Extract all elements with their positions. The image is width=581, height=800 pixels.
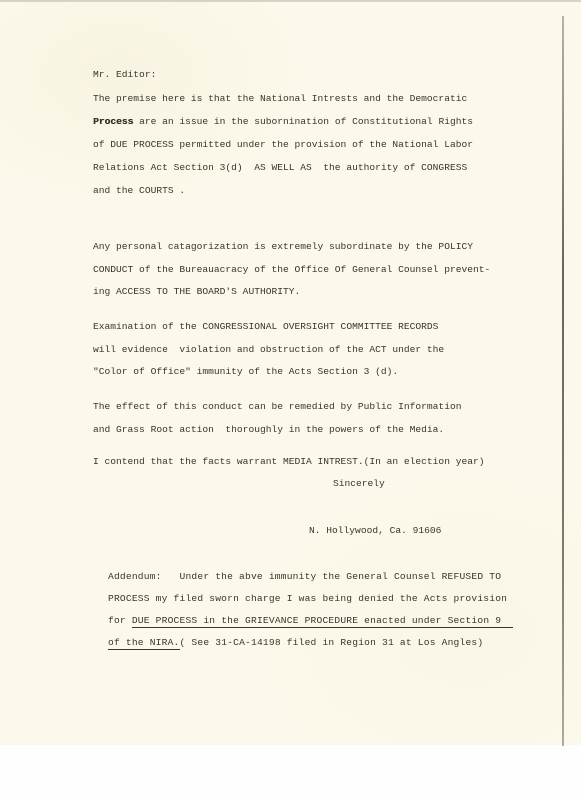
letter-line: The effect of this conduct can be remedi… [93, 396, 461, 419]
letter-line: Process are an issue in the suborninatio… [93, 110, 473, 133]
salutation: Mr. Editor: [93, 64, 156, 87]
underlined-text: DUE PROCESS in the GRIEVANCE PROCEDURE e… [132, 615, 513, 628]
scan-top-edge [0, 0, 581, 2]
letter-line: and Grass Root action thoroughly in the … [93, 419, 461, 442]
paragraph-3: Examination of the CONGRESSIONAL OVERSIG… [93, 316, 444, 384]
letter-line: for DUE PROCESS in the GRIEVANCE PROCEDU… [108, 610, 513, 632]
salutation-text: Mr. Editor: [93, 64, 156, 87]
letter-line: of the NIRA.( See 31-CA-14198 filed in R… [108, 632, 513, 654]
letter-line: of DUE PROCESS permitted under the provi… [93, 133, 473, 156]
letter-line: The premise here is that the National In… [93, 87, 473, 110]
letter-line: "Color of Office" immunity of the Acts S… [93, 361, 444, 384]
line-text: are an issue in the subornination of Con… [133, 116, 473, 127]
line-text: for [108, 615, 132, 626]
letter-line: ing ACCESS TO THE BOARD'S AUTHORITY. [93, 281, 490, 304]
contention-line: I contend that the facts warrant MEDIA I… [93, 451, 485, 474]
closing-text: Sincerely [333, 473, 385, 496]
letter-line: Relations Act Section 3(d) AS WELL AS th… [93, 156, 473, 179]
paragraph-2: Any personal catagorization is extremely… [93, 236, 490, 304]
closing: Sincerely [333, 473, 385, 496]
underlined-text: of the NIRA. [108, 637, 180, 650]
line-text: ( See 31-CA-14198 filed in Region 31 at … [180, 637, 484, 648]
paper-right-edge-line [562, 16, 564, 746]
letter-line: PROCESS my filed sworn charge I was bein… [108, 588, 513, 610]
letter-line: Addendum: Under the abve immunity the Ge… [108, 566, 513, 588]
overstruck-word: Process [93, 116, 133, 127]
letter-line: Any personal catagorization is extremely… [93, 236, 490, 259]
letter-line: CONDUCT of the Bureauacracy of the Offic… [93, 259, 490, 282]
letter-line: and the COURTS . [93, 179, 473, 202]
letter-line: Examination of the CONGRESSIONAL OVERSIG… [93, 316, 444, 339]
sender-address: N. Hollywood, Ca. 91606 [309, 520, 441, 543]
address-text: N. Hollywood, Ca. 91606 [309, 520, 441, 543]
scanned-letter-page: Mr. Editor: The premise here is that the… [0, 0, 581, 800]
addendum: Addendum: Under the abve immunity the Ge… [108, 566, 513, 654]
letter-line: will evidence violation and obstruction … [93, 339, 444, 362]
paragraph-4: The effect of this conduct can be remedi… [93, 396, 461, 441]
letter-line: I contend that the facts warrant MEDIA I… [93, 451, 485, 474]
paragraph-1: The premise here is that the National In… [93, 87, 473, 202]
